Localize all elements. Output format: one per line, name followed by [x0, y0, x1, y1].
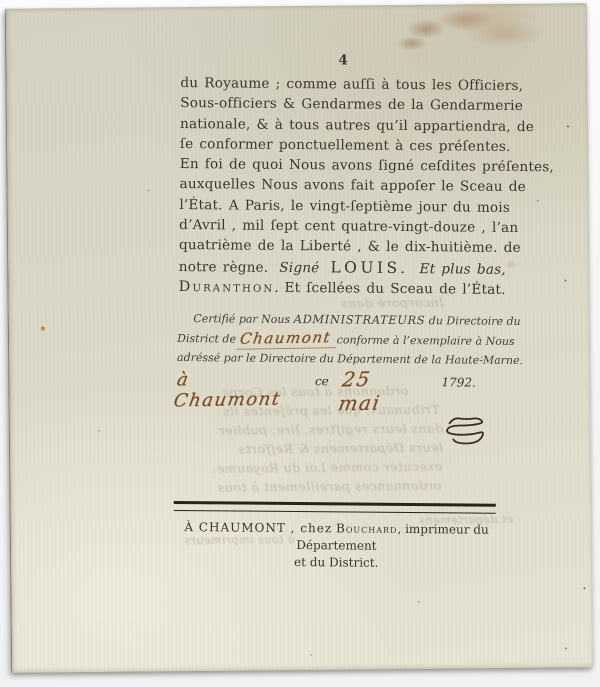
body-text: notre règne. [179, 257, 269, 278]
body-line-signature: notre règne. Signé LOUIS. Et plus bas, [179, 256, 506, 280]
body-line: ſe conformer ponctuellement à ces préſen… [180, 134, 507, 157]
imprint-line: et du District. [166, 553, 506, 573]
signature-paraph-icon [441, 413, 495, 447]
imprint-city: À CHAUMONT , chez [184, 520, 332, 535]
administrators-label: ADMINISTRATEURS [294, 312, 426, 327]
signe-label: Signé [279, 258, 319, 279]
minister-name: Duranthon. [179, 277, 282, 298]
cert-text: District de [177, 330, 236, 349]
main-text-block: du Royaume ; comme auſſi à tous les Offi… [179, 73, 508, 300]
body-line: du Royaume ; comme auſſi à tous les Offi… [180, 73, 507, 96]
body-line: auxquelles Nous avons fait appoſer le Sc… [179, 175, 506, 198]
page-number: 4 [181, 51, 507, 70]
printed-year: 1792. [441, 375, 475, 389]
cert-text: Certifié par Nous [193, 312, 290, 326]
body-line: En foi de quoi Nous avons ſigné ceſdites… [180, 154, 507, 177]
body-line: d’Avril , mil ſept cent quatre-vingt-dou… [179, 215, 506, 238]
cert-text: conforme à l’exemplaire à Nous [337, 332, 515, 352]
handwritten-district: Chaumont [236, 329, 338, 351]
handwritten-place: à Chaumont [172, 368, 296, 412]
king-name: LOUIS. [330, 257, 408, 278]
body-line: Sous-officiers & Gendarmes de la Gendarm… [180, 93, 507, 116]
body-line: nationale, & à tous autres qu’il apparti… [180, 114, 507, 137]
certification-block: Certifié par Nous ADMINISTRATEURS du Dir… [177, 309, 499, 370]
body-line-countersign: Duranthon. Et ſcellées du Sceau de l’Éta… [179, 277, 506, 300]
imprint-block: À CHAUMONT , chez Bouchard, imprimeur du… [166, 519, 506, 572]
certification-date-line: à Chaumont ce 25 mai 1792. [176, 365, 476, 416]
body-text: Et ſcellées du Sceau de l’État. [284, 278, 505, 300]
body-line: quatrième de la Liberté , & le dix-huiti… [179, 235, 506, 258]
double-rule-divider [174, 501, 496, 514]
handwritten-date: 25 mai [337, 366, 418, 415]
cert-text: ce [315, 374, 329, 388]
photo-scene: Incorporé dans ordonnons à tous les Corp… [0, 0, 600, 687]
cert-text: du Directoire du [429, 314, 521, 328]
document-sheet: Incorporé dans ordonnons à tous les Corp… [6, 3, 593, 673]
imprint-line: À CHAUMONT , chez Bouchard, imprimeur du… [166, 519, 506, 556]
printed-content: 4 du Royaume ; comme auſſi à tous les Of… [1, 6, 588, 675]
certification-line: District de Chaumont conforme à l’exempl… [177, 328, 499, 351]
body-text: Et plus bas, [419, 259, 505, 280]
printer-name: Bouchard [336, 521, 398, 536]
body-line: l’État. A Paris, le vingt-ſeptième jour … [179, 195, 506, 218]
